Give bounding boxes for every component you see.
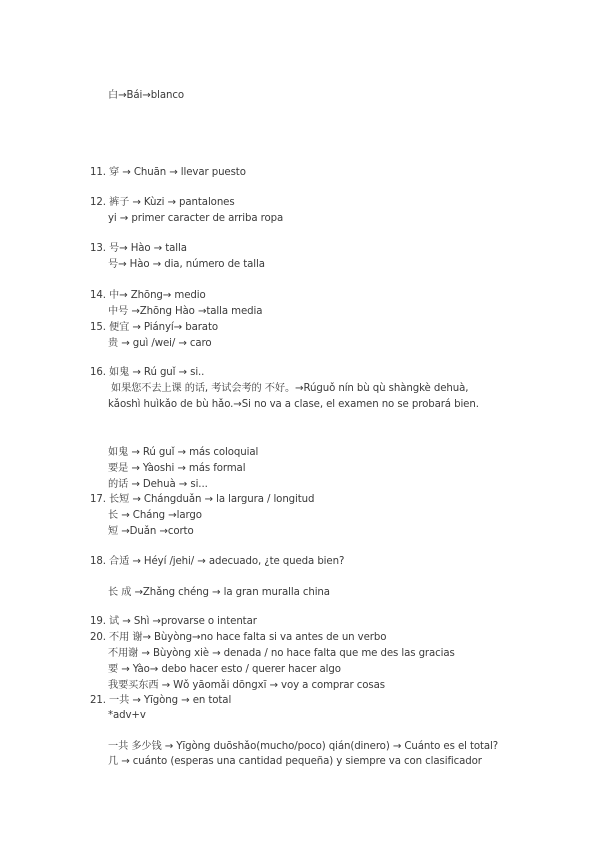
- text-line: 要是 → Yàoshi → más formal: [108, 462, 245, 475]
- text-line: 长 成 →Zhǎng chéng → la gran muralla china: [108, 586, 330, 599]
- text-line: 19. 试 → Shì →provarse o intentar: [90, 615, 257, 628]
- text-line: yi → primer caracter de arriba ropa: [108, 212, 283, 225]
- text-line: 12. 裤子 → Kùzi → pantalones: [90, 196, 235, 209]
- text-line: *adv+v: [108, 709, 146, 722]
- text-line: 17. 长短 → Chángduǎn → la largura / longit…: [90, 493, 314, 506]
- text-line: 21. 一共 → Yīgòng → en total: [90, 694, 231, 707]
- text-line: 15. 便宜 → Piányí→ barato: [90, 321, 218, 334]
- text-line: 长 → Cháng →largo: [108, 509, 202, 522]
- text-line: 几 → cuánto (esperas una cantidad pequeña…: [108, 755, 482, 768]
- text-line: 我要买东西 → Wǒ yāomǎi dōngxī → voy a comprar…: [108, 679, 385, 692]
- text-line: 18. 合适 → Héyí /jehi/ → adecuado, ¿te que…: [90, 555, 344, 568]
- text-line: 16. 如鬼 → Rú guǐ → si..: [90, 366, 204, 379]
- text-line: 白→Bái→blanco: [108, 89, 184, 102]
- text-line: 11. 穿 → Chuān → llevar puesto: [90, 166, 246, 179]
- text-line: 一共 多少钱 → Yīgòng duōshǎo(mucho/poco) qián…: [108, 740, 498, 753]
- text-line: 中号 →Zhōng Hào →talla media: [108, 305, 262, 318]
- text-line: 如果您不去上课 的话, 考试会考的 不好。→Rúguǒ nín bù qù sh…: [111, 382, 468, 395]
- text-line: kǎoshì huìkǎo de bù hǎo.→Si no va a clas…: [108, 398, 479, 411]
- text-line: 13. 号→ Hào → talla: [90, 242, 187, 255]
- text-line: 贵 → guì /wei/ → caro: [108, 337, 212, 350]
- text-line: 号→ Hào → dia, número de talla: [108, 258, 265, 271]
- text-line: 要 → Yào→ debo hacer esto / querer hacer …: [108, 663, 341, 676]
- text-line: 短 →Duǎn →corto: [108, 525, 194, 538]
- text-line: 的话 → Dehuà → si...: [108, 478, 208, 491]
- text-line: 20. 不用 谢→ Bùyòng→no hace falta si va ant…: [90, 631, 386, 644]
- text-line: 如鬼 → Rú guǐ → más coloquial: [108, 446, 258, 459]
- text-line: 14. 中→ Zhōng→ medio: [90, 289, 206, 302]
- text-line: 不用谢 → Bùyòng xiè → denada / no hace falt…: [108, 647, 455, 660]
